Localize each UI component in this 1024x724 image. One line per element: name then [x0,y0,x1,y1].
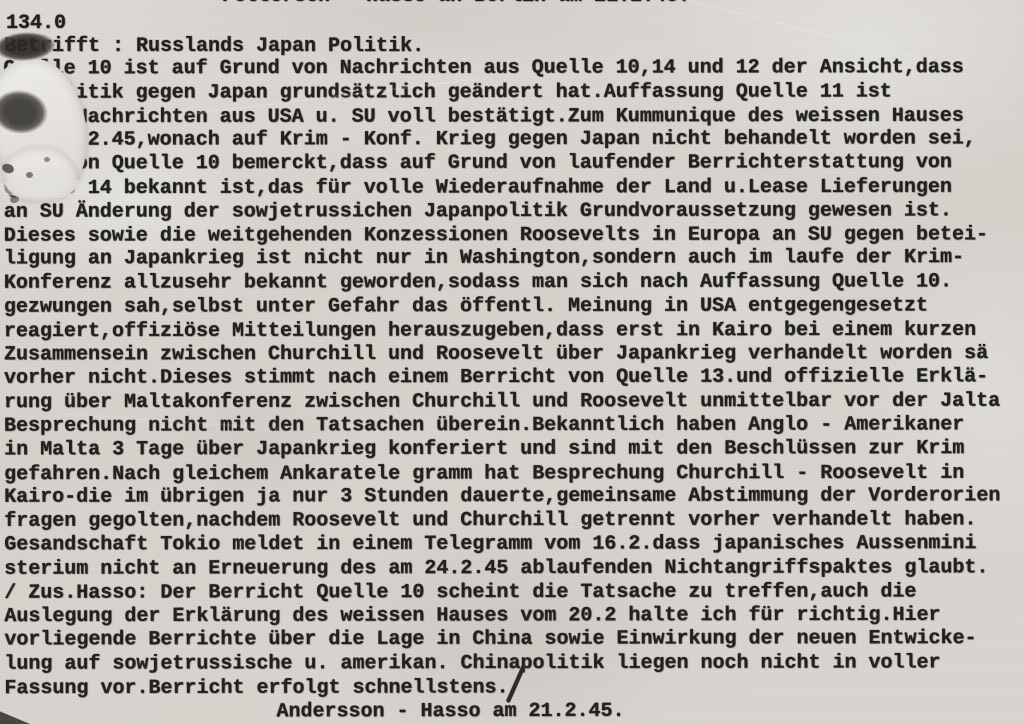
body-line: Besprechung nicht mit den Tatsachen über… [4,413,1024,438]
body-line: Dieses sowie die weitgehenden Konzession… [4,223,1024,248]
body-line: lung auf sowjetrussische u. amerikan. Ch… [4,651,1024,676]
body-line: Auslegung der Erklärung des weissen Haus… [4,604,1024,629]
signature-line: Andersson - Hasso am 21.2.45. [4,699,1024,724]
body-line: wird von Quelle 10 bemerckt,dass auf Gru… [4,151,1024,176]
body-line: gefahren.Nach gleichem Ankaratele gramm … [4,461,1024,486]
subject-line: Betrifft : Russlands Japan Politik. [4,35,424,58]
body-line: Zusammensein zwischen Churchill und Roos… [4,342,1024,367]
body-line: Quelle 14 bekannt ist,das für volle Wied… [4,176,1024,201]
body-line: SU Politik gegen Japan grundsätzlich geä… [4,80,1024,105]
body-line: vorher nicht.Dieses stimmt nach einem Be… [4,366,1024,391]
body-line: Konferenz allzusehr bekannt geworden,sod… [4,270,1024,295]
document-body: Quelle 10 ist auf Grund von Nachrichten … [4,56,1024,724]
body-line: sterium nicht an Erneuerung des am 24.2.… [4,556,1024,581]
body-line: Fassung vor.Berricht erfolgt schnellsten… [4,675,1024,700]
body-line: vom 20.2.45,wonach auf Krim - Konf. Krie… [4,128,1024,153]
scanned-document-page: Pettersen - Hasso an Berlin am 21.2.45. … [0,0,1024,724]
clipped-header-line: Pettersen - Hasso an Berlin am 21.2.45. [222,0,690,7]
page-number: 134.0 [6,13,66,35]
body-line: reagiert,offiziöse Mitteilungen herauszu… [4,318,1024,343]
body-line: Kairo-die im übrigen ja nur 3 Stunden da… [4,485,1024,510]
body-line: Quelle 10 ist auf Grund von Nachrichten … [4,56,1024,81]
body-line: / Zus.Hasso: Der Berricht Quelle 10 sche… [4,580,1024,605]
body-line: gezwungen sah,selbst unter Gefahr das öf… [4,294,1024,319]
body-line: fragen gegolten,nachdem Roosevelt und Ch… [4,508,1024,533]
body-line: Gesandschaft Tokio meldet in einem Teleg… [4,532,1024,557]
paper-crease [684,0,937,63]
body-line: rung über Maltakonferenz zwischen Church… [4,390,1024,415]
body-line: an SU Änderung der sowjetrussichen Japan… [4,199,1024,224]
body-line: ligung an Japankrieg ist nicht nur in Wa… [4,246,1024,271]
body-line: durch Nachrichten aus USA u. SU voll bes… [4,104,1024,129]
body-line: vorliegende Berrichte über die Lage in C… [4,627,1024,652]
body-line: in Malta 3 Tage über Japankrieg konferie… [4,437,1024,462]
